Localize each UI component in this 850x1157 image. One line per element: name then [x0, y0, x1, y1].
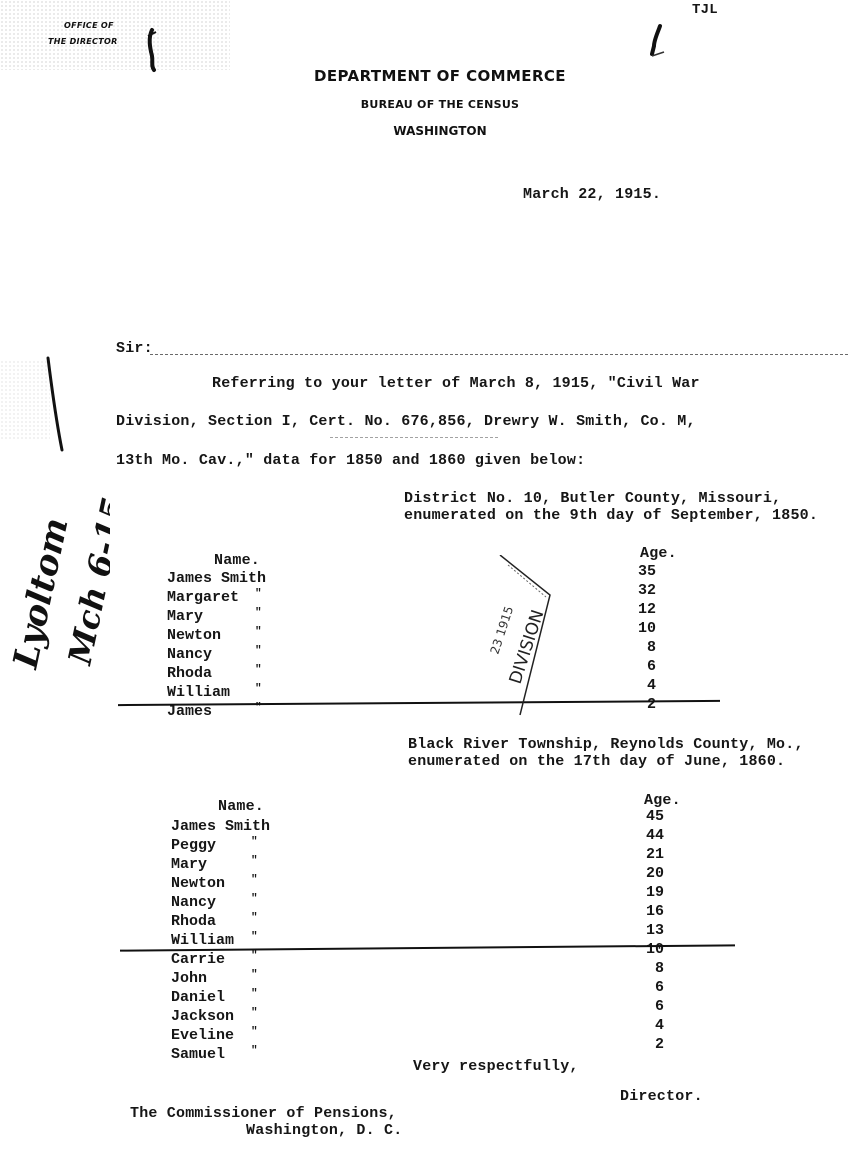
ditto-mark: "	[255, 699, 262, 718]
person-name: Margaret	[167, 589, 239, 606]
ditto-mark: "	[255, 680, 262, 699]
census-name-row: Margaret"	[167, 588, 266, 607]
person-age: 35	[622, 562, 656, 581]
person-age: 4	[622, 676, 656, 695]
census-1850-location-line1: District No. 10, Butler County, Missouri…	[404, 490, 781, 507]
census-name-row: Rhoda"	[167, 664, 266, 683]
office-stamp-line1: OFFICE OF	[64, 21, 114, 30]
person-name: Newton	[167, 627, 221, 644]
ditto-mark: "	[251, 833, 258, 852]
census-1850-location-line2: enumerated on the 9th day of September, …	[404, 507, 818, 524]
census-1860-age-list: 454421201916131086642	[630, 807, 664, 1054]
census-1860-name-list: James SmithPeggy"Mary"Newton"Nancy"Rhoda…	[171, 817, 270, 1064]
ditto-mark: "	[255, 642, 262, 661]
ditto-mark: "	[251, 1042, 258, 1061]
office-stamp-line2: THE DIRECTOR	[48, 37, 118, 46]
person-name: Daniel	[171, 989, 225, 1006]
ditto-mark: "	[251, 1004, 258, 1023]
svg-text:23 1915: 23 1915	[488, 604, 517, 656]
person-age: 20	[630, 864, 664, 883]
person-name: Jackson	[171, 1008, 234, 1025]
person-age: 13	[630, 921, 664, 940]
ditto-mark: "	[255, 604, 262, 623]
person-age: 10	[630, 940, 664, 959]
census-name-row: James Smith	[167, 569, 266, 588]
addressee-line1: The Commissioner of Pensions,	[130, 1105, 397, 1122]
person-name: Peggy	[171, 837, 216, 854]
person-name: Eveline	[171, 1027, 234, 1044]
census-name-row: William"	[167, 683, 266, 702]
ditto-mark: "	[251, 1023, 258, 1042]
person-name: William	[171, 932, 234, 949]
signature-title: Director.	[620, 1088, 703, 1105]
person-name: Mary	[167, 608, 203, 625]
person-name: Mary	[171, 856, 207, 873]
person-age: 6	[622, 657, 656, 676]
person-age: 8	[622, 638, 656, 657]
person-age: 8	[630, 959, 664, 978]
census-1860-location-line2: enumerated on the 17th day of June, 1860…	[408, 753, 785, 770]
ditto-mark: "	[255, 585, 262, 604]
closing: Very respectfully,	[413, 1058, 579, 1075]
scan-noise	[0, 0, 230, 70]
ditto-mark: "	[251, 909, 258, 928]
person-age: 16	[630, 902, 664, 921]
person-name: John	[171, 970, 207, 987]
ditto-mark: "	[251, 985, 258, 1004]
person-name: Nancy	[171, 894, 216, 911]
scan-artifact-line	[330, 437, 500, 438]
person-name: Samuel	[171, 1046, 225, 1063]
pen-mark-icon	[142, 26, 164, 74]
person-age: 32	[622, 581, 656, 600]
ditto-mark: "	[255, 623, 262, 642]
person-age: 4	[630, 1016, 664, 1035]
person-age: 19	[630, 883, 664, 902]
body-line-3: 13th Mo. Cav.," data for 1850 and 1860 g…	[116, 452, 585, 469]
person-name: William	[167, 684, 230, 701]
person-name: James Smith	[167, 570, 266, 587]
census-1850-name-list: James SmithMargaret"Mary"Newton"Nancy"Rh…	[167, 569, 266, 721]
census-name-row: Newton"	[167, 626, 266, 645]
census-name-row: Mary"	[167, 607, 266, 626]
person-name: Carrie	[171, 951, 225, 968]
person-age: 45	[630, 807, 664, 826]
typist-initials: TJL	[692, 2, 718, 18]
body-line-2: Division, Section I, Cert. No. 676,856, …	[116, 413, 696, 430]
census-1860-location-line1: Black River Township, Reynolds County, M…	[408, 736, 804, 753]
person-age: 44	[630, 826, 664, 845]
person-age: 21	[630, 845, 664, 864]
svg-text:Mch 6-15: Mch 6-15	[60, 494, 110, 669]
census-1850-name-header: Name.	[214, 552, 260, 569]
ditto-mark: "	[255, 661, 262, 680]
census-name-row: Nancy"	[167, 645, 266, 664]
person-name: Rhoda	[167, 665, 212, 682]
census-1860-name-header: Name.	[218, 798, 264, 815]
received-stamp: DIVISION 23 1915	[460, 555, 570, 725]
letter-date: March 22, 1915.	[523, 186, 661, 203]
person-age: 10	[622, 619, 656, 638]
department-title: DEPARTMENT OF COMMERCE	[240, 67, 640, 85]
fold-line	[150, 354, 850, 355]
person-age: 6	[630, 997, 664, 1016]
ditto-mark: "	[251, 871, 258, 890]
person-name: Newton	[171, 875, 225, 892]
person-name: Rhoda	[171, 913, 216, 930]
salutation: Sir:	[116, 340, 153, 357]
ditto-mark: "	[251, 966, 258, 985]
ditto-mark: "	[251, 890, 258, 909]
bureau-title: BUREAU OF THE CENSUS	[240, 98, 640, 111]
body-line-1: Referring to your letter of March 8, 191…	[212, 375, 700, 392]
person-name: Nancy	[167, 646, 212, 663]
census-1850-age-header: Age.	[640, 545, 677, 562]
census-1850-age-list: 353212108642	[622, 562, 656, 714]
person-age: 2	[622, 695, 656, 714]
ditto-mark: "	[251, 928, 258, 947]
person-age: 2	[630, 1035, 664, 1054]
ditto-mark: "	[251, 852, 258, 871]
addressee-line2: Washington, D. C.	[246, 1122, 402, 1139]
census-name-row: Samuel"	[171, 1045, 270, 1064]
person-age: 6	[630, 978, 664, 997]
city-title: WASHINGTON	[240, 124, 640, 138]
pen-mark-icon	[648, 22, 668, 60]
handwritten-margin-note: Lyoltom Mch 6-15	[0, 350, 110, 680]
person-age: 12	[622, 600, 656, 619]
